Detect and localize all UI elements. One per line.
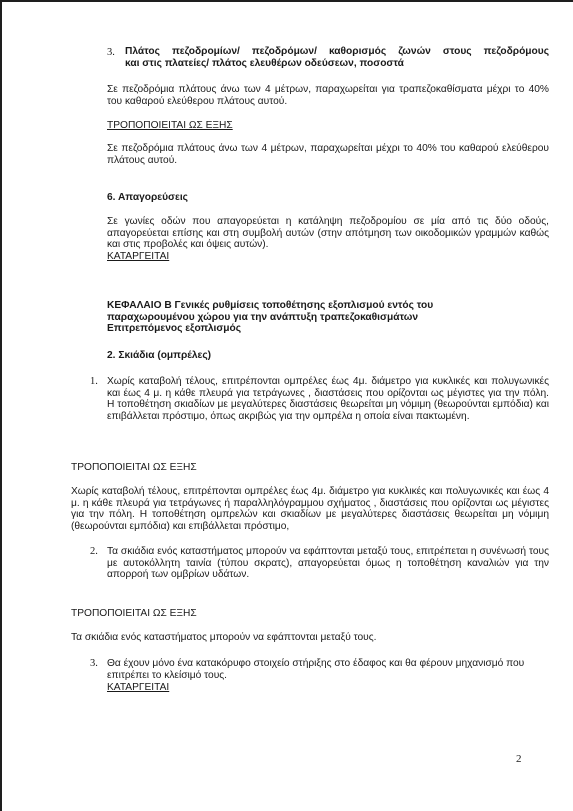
- umbrella-item-2-amended: Τα σκιάδια ενός καταστήματος μπορούν να …: [71, 632, 549, 644]
- chapter-b-heading: ΚΕΦΑΛΑΙΟ Β Γενικές ρυθμίσεις τοποθέτησης…: [107, 300, 549, 335]
- page-number: 2: [516, 754, 522, 766]
- umbrella-item-1: Χωρίς καταβολή τέλους, επιτρέπονται ομπρ…: [107, 376, 549, 422]
- chapter-heading-line-1: ΚΕΦΑΛΑΙΟ Β Γενικές ρυθμίσεις τοποθέτησης…: [107, 300, 549, 312]
- section-2-heading: 2. Σκιάδια (ομπρέλες): [107, 350, 211, 362]
- chapter-heading-line-2: παραχωρουμένου χώρου για την ανάπτυξη τρ…: [107, 312, 549, 324]
- repealed-label: ΚΑΤΑΡΓΕΙΤΑΙ: [107, 251, 169, 263]
- list-marker: 1.: [90, 376, 98, 388]
- paragraph: Χωρίς καταβολή τέλους, επιτρέπονται ομπρ…: [71, 486, 549, 532]
- chapter-heading-line-3: Επιτρεπόμενος εξοπλισμός: [107, 323, 549, 335]
- paragraph: Σε γωνίες οδών που απαγορεύεται η κατάλη…: [107, 216, 549, 251]
- item-3-amended-text: Σε πεζοδρόμια πλάτους άνω των 4 μέτρων, …: [107, 143, 549, 166]
- paragraph: Σε πεζοδρόμια πλάτους άνω των 4 μέτρων, …: [107, 84, 549, 107]
- paragraph: Τα σκιάδια ενός καταστήματος μπορούν να …: [71, 632, 549, 644]
- section-6-heading: 6. Απαγορεύσεις: [107, 192, 188, 204]
- umbrella-item-3: Θα έχουν μόνο ένα κατακόρυφο στοιχείο στ…: [107, 658, 549, 681]
- item-3-heading: Πλάτος πεζοδρομίων/ πεζοδρόμων/ καθορισμ…: [125, 46, 549, 69]
- amendment-label: ΤΡΟΠΟΠΟΙΕΙΤΑΙ ΩΣ ΕΞΗΣ: [71, 608, 197, 620]
- item-3-heading-line-2: και στις πλατείες/ πλάτος ελευθέρων οδεύ…: [125, 58, 549, 70]
- paragraph: Χωρίς καταβολή τέλους, επιτρέπονται ομπρ…: [107, 376, 549, 422]
- amendment-label: ΤΡΟΠΟΠΟΙΕΙΤΑΙ ΩΣ ΕΞΗΣ: [71, 462, 197, 474]
- list-marker: 3.: [107, 47, 115, 59]
- amendment-label: ΤΡΟΠΟΠΟΙΕΙΤΑΙ ΩΣ ΕΞΗΣ: [107, 120, 233, 132]
- item-3-original-text: Σε πεζοδρόμια πλάτους άνω των 4 μέτρων, …: [107, 84, 549, 107]
- list-marker: 3.: [90, 658, 98, 670]
- repealed-label: ΚΑΤΑΡΓΕΙΤΑΙ: [107, 682, 169, 694]
- item-3-heading-line-1: Πλάτος πεζοδρομίων/ πεζοδρόμων/ καθορισμ…: [125, 46, 549, 58]
- paragraph: Τα σκιάδια ενός καταστήματος μπορούν να …: [107, 546, 549, 581]
- section-6-text: Σε γωνίες οδών που απαγορεύεται η κατάλη…: [107, 216, 549, 251]
- list-marker: 2.: [90, 546, 98, 558]
- umbrella-item-2: Τα σκιάδια ενός καταστήματος μπορούν να …: [107, 546, 549, 581]
- paragraph: Θα έχουν μόνο ένα κατακόρυφο στοιχείο στ…: [107, 658, 549, 681]
- document-page: 3. Πλάτος πεζοδρομίων/ πεζοδρόμων/ καθορ…: [0, 0, 573, 811]
- paragraph: Σε πεζοδρόμια πλάτους άνω των 4 μέτρων, …: [107, 143, 549, 166]
- umbrella-item-1-amended: Χωρίς καταβολή τέλους, επιτρέπονται ομπρ…: [71, 486, 549, 532]
